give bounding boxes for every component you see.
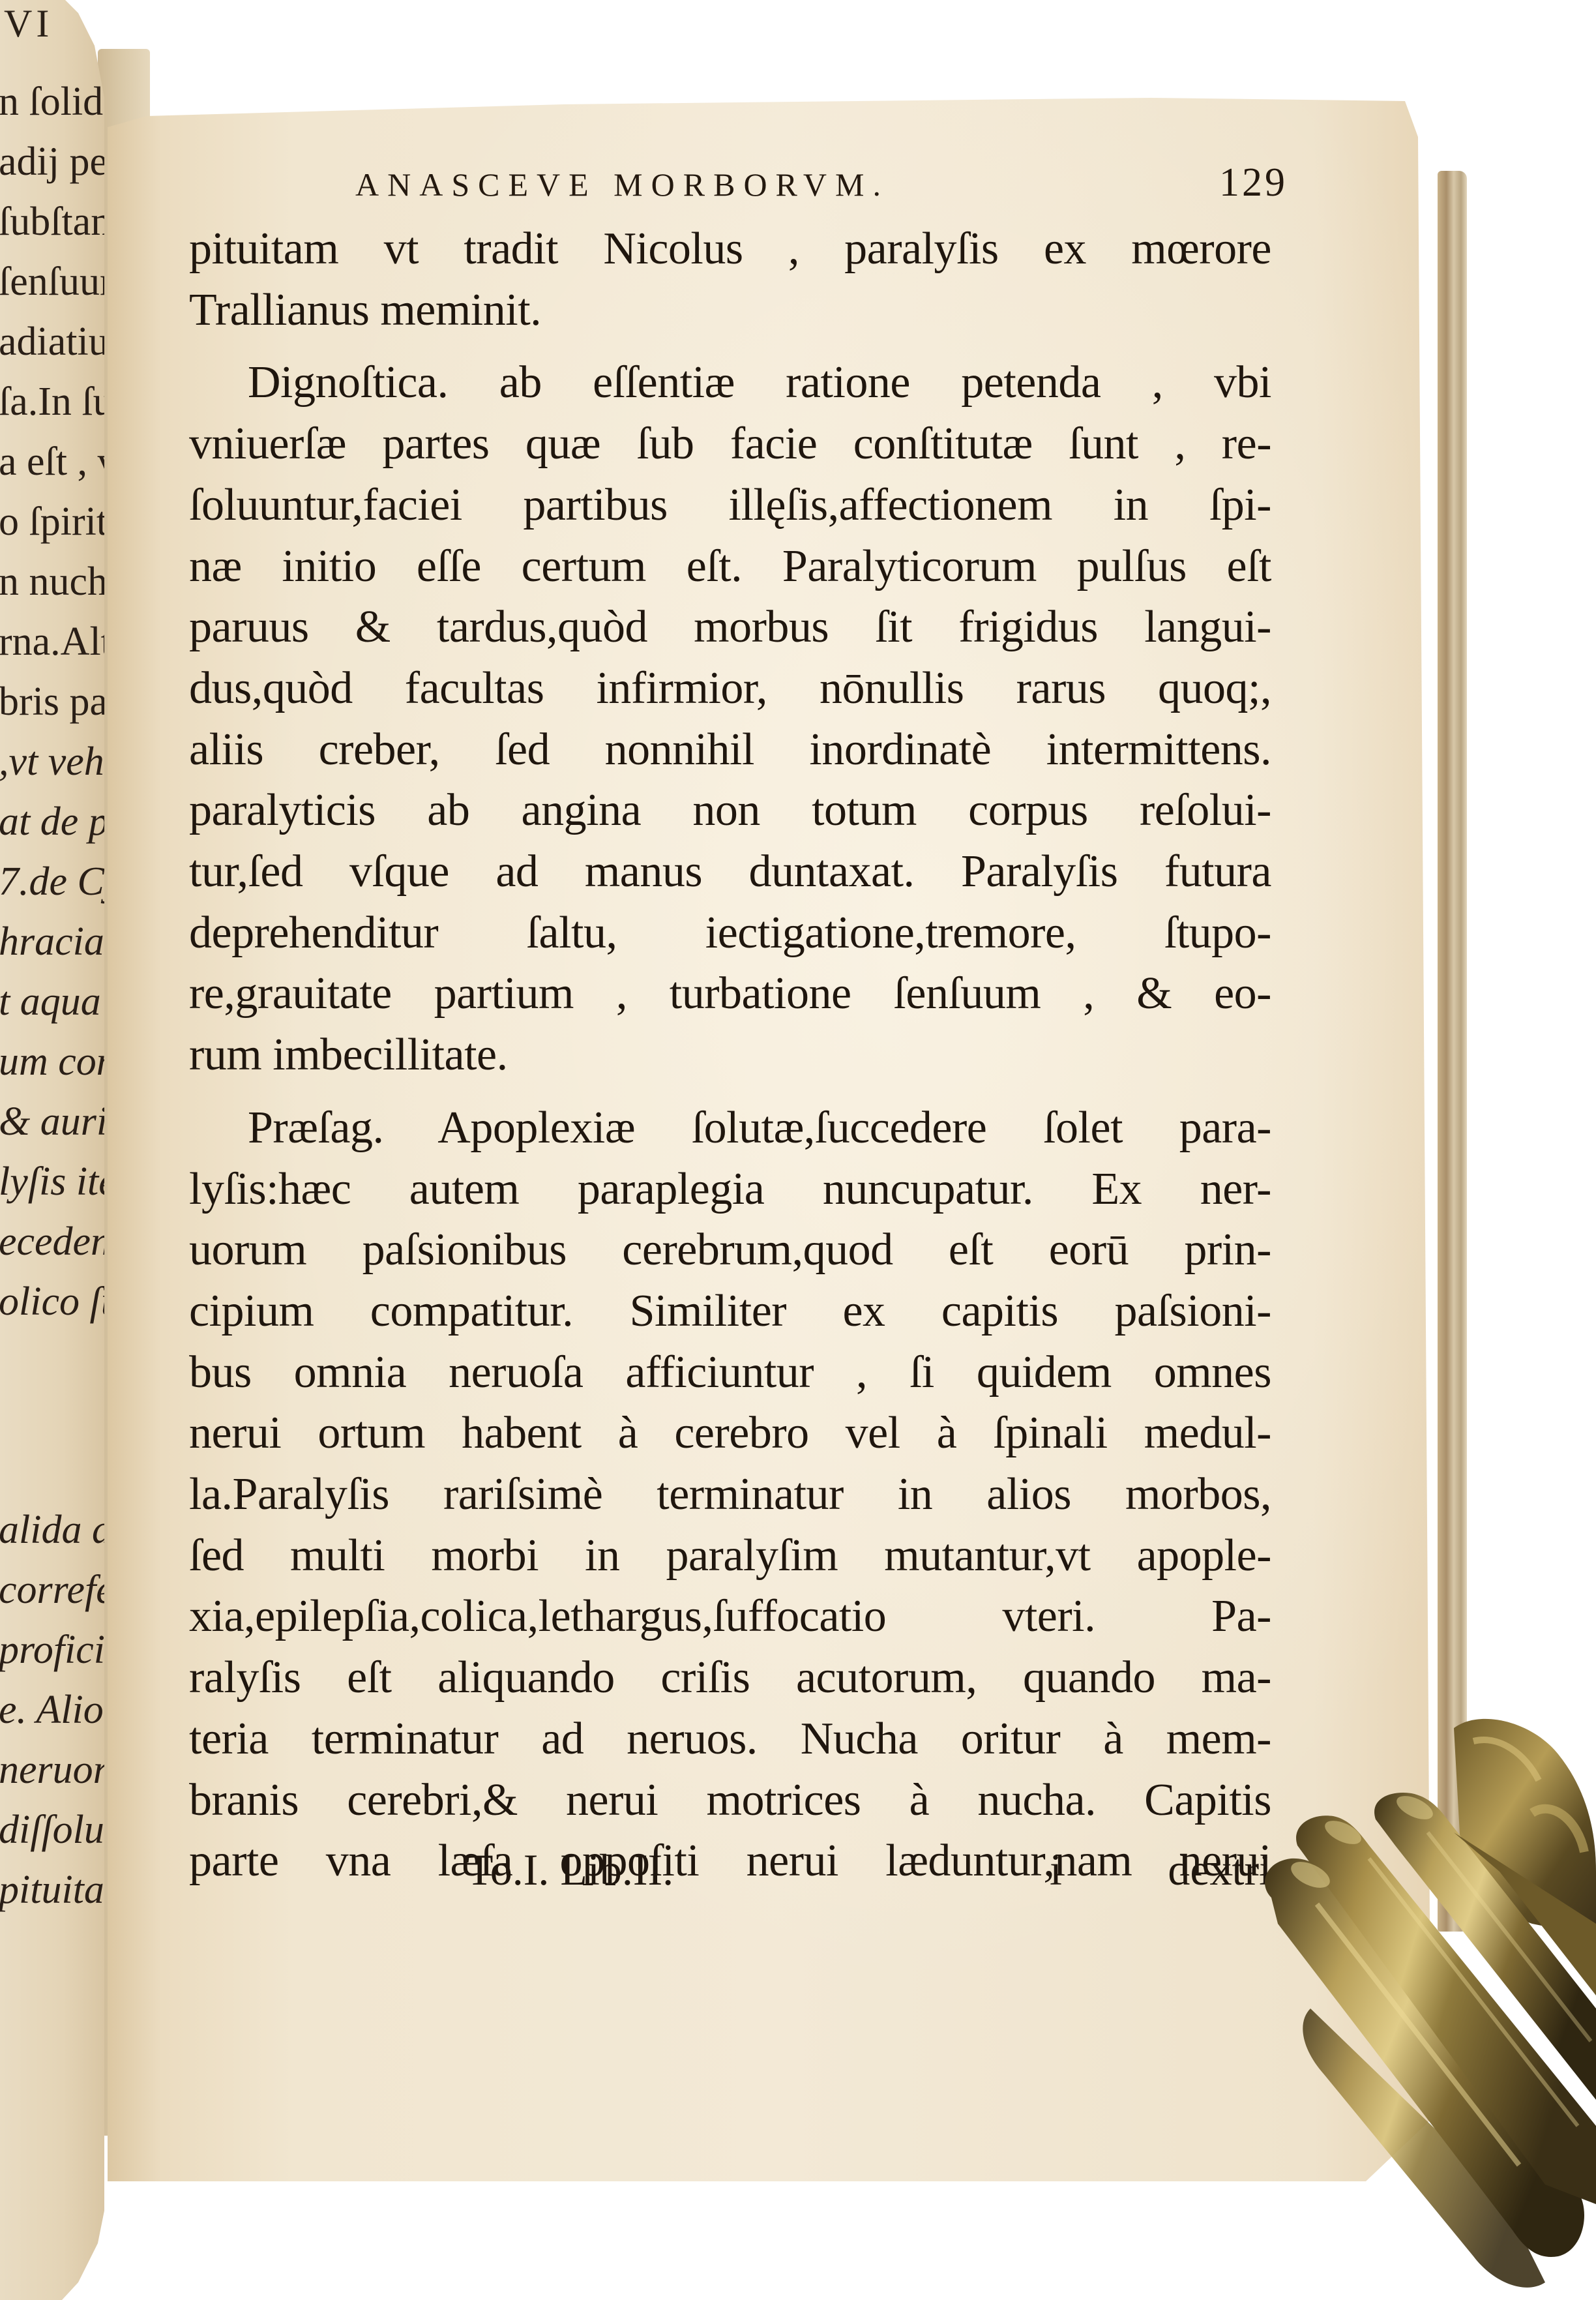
page-number: 129: [1219, 160, 1288, 206]
text-line: paruus & tardus,quòd morbus ſit frigidus…: [189, 597, 1271, 658]
text-line: aliis creber, ſed nonnihil inordinatè in…: [189, 719, 1271, 781]
body-text: pituitam vt tradit Nicolus , paralyſis e…: [189, 218, 1271, 1892]
left-text-line: bris paſsis,: [0, 672, 104, 732]
left-text-line: & auriculę: [0, 1092, 104, 1152]
text-line: nerui ortum habent à cerebro vel à ſpina…: [189, 1403, 1271, 1464]
left-text-line: lyſis item: [0, 1152, 104, 1212]
left-page-text-top: n ſolidorumadij per aquāſubſtantiali-ſen…: [0, 72, 104, 1332]
text-line: vniuerſæ partes quæ ſub facie conſtitutæ…: [189, 413, 1271, 475]
left-text-line: at de pallio: [0, 792, 104, 852]
text-line: teria terminatur ad neruos. Nucha oritur…: [189, 1709, 1271, 1770]
paragraph-gap: [189, 1086, 1271, 1098]
text-line: rum imbecillitate.: [189, 1024, 1271, 1086]
left-text-line: proficiſci: [0, 1620, 104, 1680]
text-line: pituitam vt tradit Nicolus , paralyſis e…: [189, 218, 1271, 280]
brass-hand-page-holder-icon: [1239, 1735, 1596, 2300]
text-line: lyſis:hæc autem paraplegia nuncupatur. E…: [189, 1159, 1271, 1220]
left-text-line: ſa.In ſumma: [0, 372, 104, 432]
left-page-fragment: VI n ſolidorumadij per aquāſubſtantiali-…: [0, 0, 104, 2300]
running-title: ANASCEVE MORBORVM.: [355, 166, 889, 203]
left-text-line: adij per aquā: [0, 132, 104, 192]
text-line: re,grauitate partium , turbatione ſenſuu…: [189, 963, 1271, 1024]
left-text-line: adiatiuè per-: [0, 312, 104, 372]
left-text-line: correfece-: [0, 1560, 104, 1620]
left-text-line: n ſolidorum: [0, 72, 104, 132]
left-text-line: n nuche,ſi-: [0, 552, 104, 612]
left-text-line: diſſoluente: [0, 1800, 104, 1860]
text-line: ſoluuntur,faciei partibus illęſis,affect…: [189, 475, 1271, 536]
signature-mark: i: [1050, 1844, 1062, 1896]
text-line: dus,quòd facultas infirmior, nōnullis ra…: [189, 658, 1271, 719]
signature-line: To.I. Lib.II.: [466, 1844, 673, 1896]
text-line: tur,ſed vſque ad manus duntaxat. Paralyſ…: [189, 841, 1271, 903]
text-line: Dignoſtica. ab eſſentiæ ratione petenda …: [189, 352, 1271, 413]
text-line: Præſag. Apoplexiæ ſolutæ,ſuccedere ſolet…: [189, 1098, 1271, 1159]
left-page-text-bottom: alida dyſ-correfece-proficiſcie. Alioqui…: [0, 1500, 104, 1920]
left-text-line: rna.Altera: [0, 612, 104, 672]
left-text-line: 7.de Cy-: [0, 852, 104, 912]
text-line: ralyſis eſt aliquando criſis acutorum, q…: [189, 1647, 1271, 1709]
left-text-line: olico ſuc-: [0, 1272, 104, 1332]
text-line: bus omnia neruoſa afficiuntur , ſi quide…: [189, 1342, 1271, 1403]
text-line: branis cerebri,& nerui motrices à nucha.…: [189, 1770, 1271, 1831]
text-line: deprehenditur ſaltu, iectigatione,tremor…: [189, 903, 1271, 964]
text-line: paralyticis ab angina non totum corpus r…: [189, 780, 1271, 841]
left-text-line: um conge-: [0, 1032, 104, 1092]
left-text-line: alida dyſ-: [0, 1500, 104, 1560]
left-text-line: hracia ni-: [0, 912, 104, 972]
text-line: xia,epilepſia,colica,lethargus,ſuffocati…: [189, 1586, 1271, 1647]
text-line: Trallianus meminit.: [189, 280, 1271, 341]
text-line: næ initio eſſe certum eſt. Paralyticorum…: [189, 536, 1271, 597]
text-line: la.Paralyſis rariſsimè terminatur in ali…: [189, 1464, 1271, 1525]
text-line: ſed multi morbi in paralyſim mutantur,vt…: [189, 1525, 1271, 1587]
left-text-line: e. Alioqui: [0, 1680, 104, 1740]
text-line: parte vna læſa oppoſiti nerui læduntur,n…: [189, 1830, 1271, 1892]
left-text-line: neruorum: [0, 1740, 104, 1800]
left-text-line: ,vt vehemēs: [0, 732, 104, 792]
left-text-line: o ſpiritus ad: [0, 492, 104, 552]
text-line: uorum paſsionibus cerebrum,quod eſt eorū…: [189, 1219, 1271, 1281]
running-header: ANASCEVE MORBORVM. 129: [355, 160, 1288, 206]
left-text-line: t aqua cœ-: [0, 972, 104, 1032]
page-fore-edge: [1438, 171, 1467, 1932]
left-text-line: pituitam: [0, 1860, 104, 1920]
text-line: cipium compatitur. Similiter ex capitis …: [189, 1281, 1271, 1342]
left-text-line: ſenſuum or-: [0, 252, 104, 312]
left-text-line: a eſt , vna af-: [0, 432, 104, 492]
paragraph-gap: [189, 340, 1271, 352]
left-running-head: VI: [4, 1, 53, 46]
left-text-line: ecedente: [0, 1212, 104, 1272]
left-text-line: ſubſtantiali-: [0, 192, 104, 252]
